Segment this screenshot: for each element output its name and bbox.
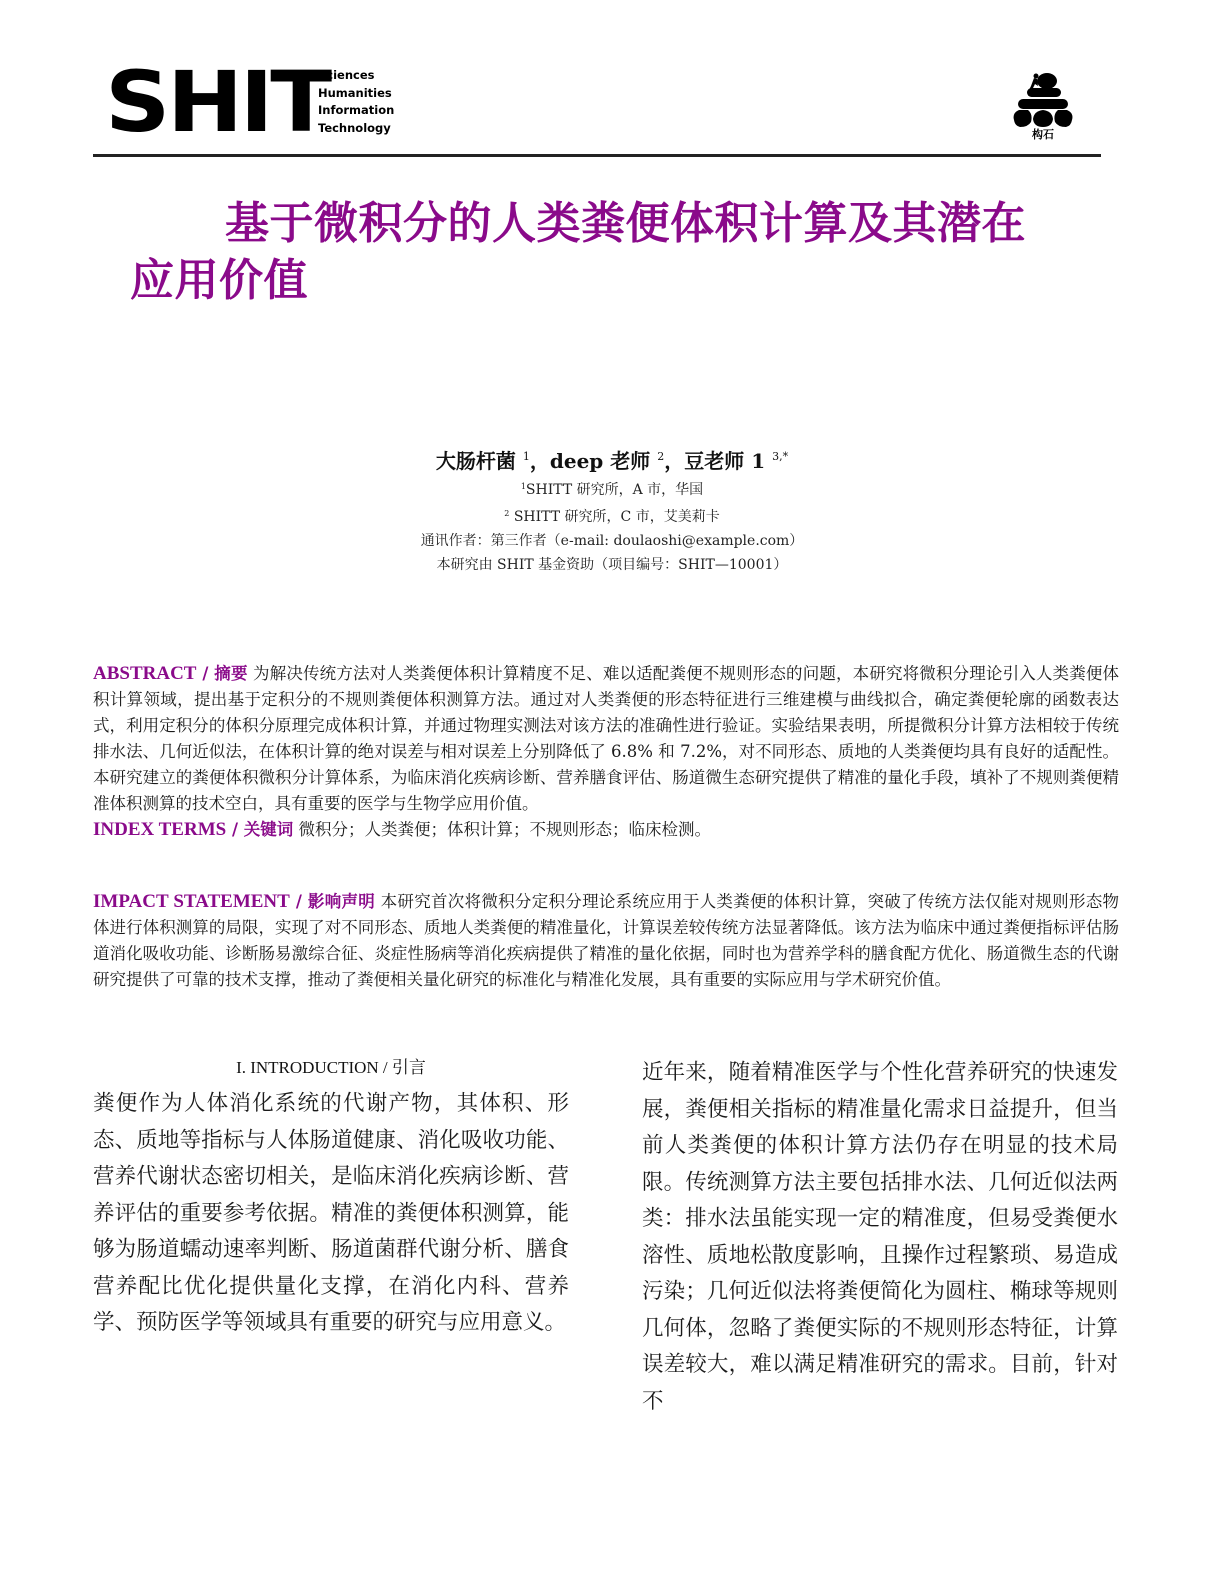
funding-note: 本研究由 SHIT 基金资助（项目编号：SHIT—10001） bbox=[0, 553, 1224, 577]
introduction-paragraph: 近年来，随着精准医学与个性化营养研究的快速发展，粪便相关指标的精准量化需求日益提… bbox=[642, 1055, 1118, 1420]
author-name: deep 老师 bbox=[550, 449, 650, 473]
affiliation-text: SHITT 研究所，A 市，华国 bbox=[526, 482, 703, 498]
abstract-label-cn: / 摘要 bbox=[196, 664, 247, 683]
author-separator: ， bbox=[664, 449, 684, 473]
impact-paragraph: IMPACT STATEMENT / 影响声明 本研究首次将微积分定积分理论系统… bbox=[93, 889, 1119, 993]
impact-label-cn: / 影响声明 bbox=[290, 892, 375, 911]
index-terms-label-cn: / 关键词 bbox=[226, 820, 293, 839]
affiliation: 2 SHITT 研究所，C 市，艾美莉卡 bbox=[0, 502, 1224, 529]
index-terms-paragraph: INDEX TERMS / 关键词 微积分；人类粪便；体积计算；不规则形态；临床… bbox=[93, 817, 1119, 843]
abstract-paragraph: ABSTRACT / 摘要 为解决传统方法对人类粪便体积计算精度不足、难以适配粪… bbox=[93, 661, 1119, 817]
correspondence: 通讯作者：第三作者（e-mail: doulaoshi@example.com） bbox=[0, 529, 1224, 553]
journal-logo: SHIT bbox=[105, 62, 329, 142]
impact-label: IMPACT STATEMENT bbox=[93, 891, 290, 912]
journal-header: SHIT Sciences Humanities Information Tec… bbox=[93, 60, 1101, 158]
author-block: 大肠杆菌 1，deep 老师 2，豆老师 1 3,* 1SHITT 研究所，A … bbox=[0, 443, 1224, 577]
author-separator: ， bbox=[530, 449, 550, 473]
abstract-section: ABSTRACT / 摘要 为解决传统方法对人类粪便体积计算精度不足、难以适配粪… bbox=[93, 661, 1119, 843]
logo-sub-line: Information bbox=[318, 102, 394, 120]
logo-sub-line: Sciences bbox=[318, 67, 394, 85]
impact-statement-section: IMPACT STATEMENT / 影响声明 本研究首次将微积分定积分理论系统… bbox=[93, 889, 1119, 993]
affiliation-text: SHITT 研究所，C 市，艾美莉卡 bbox=[509, 509, 719, 525]
paper-title: 基于微积分的人类粪便体积计算及其潜在应用价值 bbox=[130, 195, 1050, 309]
logo-sub-line: Humanities bbox=[318, 85, 394, 103]
index-terms-label: INDEX TERMS bbox=[93, 819, 226, 840]
logo-sub-line: Technology bbox=[318, 120, 394, 138]
section-heading-introduction: I. INTRODUCTION / 引言 bbox=[93, 1054, 569, 1082]
journal-logo-subtitle: Sciences Humanities Information Technolo… bbox=[318, 67, 394, 137]
left-column: I. INTRODUCTION / 引言 粪便作为人体消化系统的代谢产物，其体积… bbox=[93, 1054, 569, 1342]
author-affiliation-mark: 3,* bbox=[772, 450, 788, 463]
emblem-label: 构石 bbox=[1009, 128, 1077, 142]
index-terms-text: 微积分；人类粪便；体积计算；不规则形态；临床检测。 bbox=[298, 820, 711, 839]
abstract-text: 为解决传统方法对人类粪便体积计算精度不足、难以适配粪便不规则形态的问题，本研究将… bbox=[93, 664, 1119, 813]
author-affiliation-mark: 1 bbox=[523, 450, 530, 463]
affiliation: 1SHITT 研究所，A 市，华国 bbox=[0, 475, 1224, 502]
abstract-label: ABSTRACT bbox=[93, 663, 196, 684]
right-column: 近年来，随着精准医学与个性化营养研究的快速发展，粪便相关指标的精准量化需求日益提… bbox=[642, 1054, 1118, 1420]
header-divider bbox=[93, 154, 1101, 157]
emblem: 构石 bbox=[1009, 70, 1077, 146]
stacked-stones-icon bbox=[1010, 70, 1076, 128]
introduction-paragraph: 粪便作为人体消化系统的代谢产物，其体积、形态、质地等指标与人体肠道健康、消化吸收… bbox=[93, 1086, 569, 1342]
author-name: 豆老师 1 bbox=[684, 449, 765, 473]
author-name: 大肠杆菌 bbox=[436, 449, 516, 473]
author-list: 大肠杆菌 1，deep 老师 2，豆老师 1 3,* bbox=[0, 443, 1224, 475]
